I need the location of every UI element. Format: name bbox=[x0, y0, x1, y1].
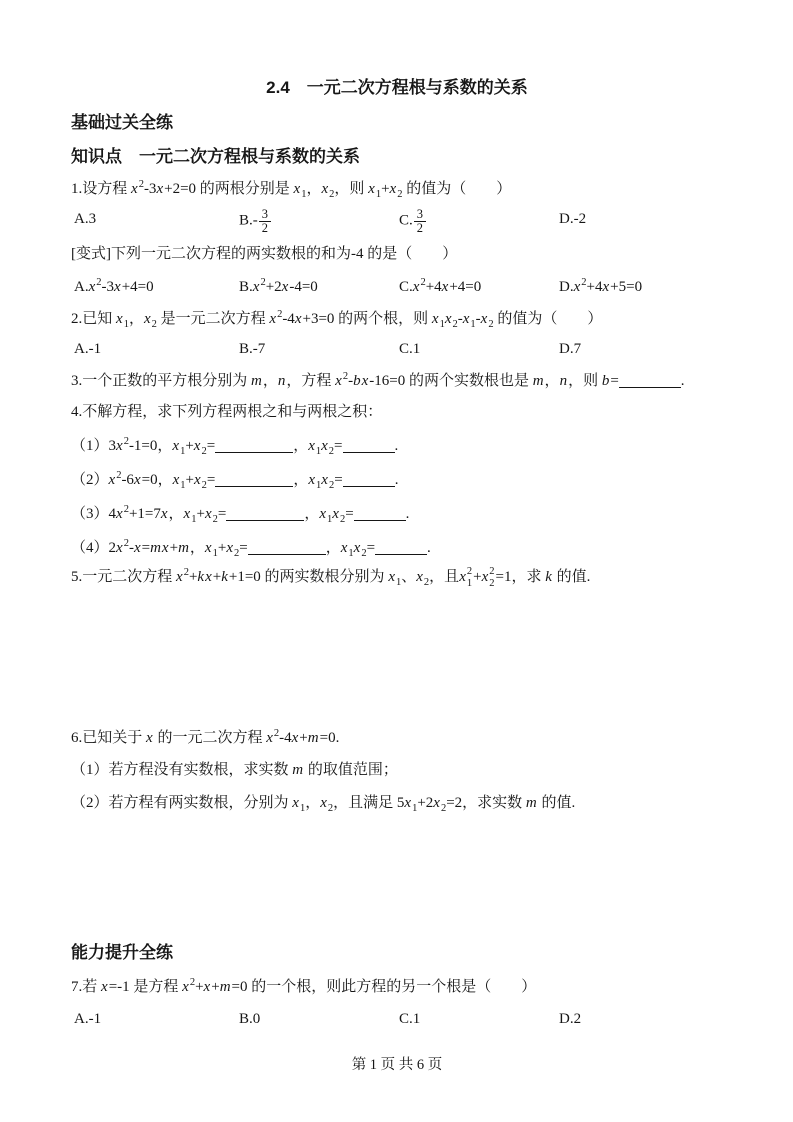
section-heading-advanced: 能力提升全练 bbox=[71, 942, 723, 964]
question-4-item-2: （2）x2-6x=0，x1+x2=，x1x2=. bbox=[71, 469, 723, 491]
section-heading-basic: 基础过关全练 bbox=[71, 112, 723, 134]
question-6-item-2: （2）若方程有两实数根，分别为 x1，x2，且满足 5x1+2x2=2，求实数 … bbox=[71, 792, 723, 814]
question-2-option-a: A.-1 bbox=[74, 338, 239, 360]
question-6-stem: 6.已知关于 x 的一元二次方程 x2-4x+m=0. bbox=[71, 727, 723, 749]
knowledge-point-heading: 知识点 一元二次方程根与系数的关系 bbox=[71, 146, 723, 168]
question-1-variant-stem: [变式]下列一元二次方程的两实数根的和为-4 的是（ ） bbox=[71, 243, 723, 265]
question-4-item-4: （4）2x2-x=mx+m，x1+x2=，x1x2=. bbox=[71, 537, 723, 559]
question-2-option-c: C.1 bbox=[399, 338, 559, 360]
question-7-stem: 7.若 x=-1 是方程 x2+x+m=0 的一个根，则此方程的另一个根是（ ） bbox=[71, 976, 723, 998]
question-1-option-d: D.-2 bbox=[559, 208, 723, 235]
question-4-item-3: （3）4x2+1=7x，x1+x2=，x1x2=. bbox=[71, 503, 723, 525]
question-7-option-b: B.0 bbox=[239, 1008, 399, 1030]
worksheet-title: 2.4 一元二次方程根与系数的关系 bbox=[71, 76, 723, 100]
question-7-options: A.-1 B.0 C.1 D.2 bbox=[71, 1008, 723, 1030]
variant-option-c: C.x2+4x+4=0 bbox=[399, 276, 559, 298]
question-4-stem: 4.不解方程，求下列方程两根之和与两根之积： bbox=[71, 401, 723, 423]
question-1-option-a: A.3 bbox=[74, 208, 239, 235]
question-2-option-b: B.-7 bbox=[239, 338, 399, 360]
question-3-stem: 3.一个正数的平方根分别为 m，n，方程 x2-bx-16=0 的两个实数根也是… bbox=[71, 370, 723, 392]
question-1-stem: 1.设方程 x2-3x+2=0 的两根分别是 x1，x2，则 x1+x2 的值为… bbox=[71, 178, 723, 200]
question-6-item-1: （1）若方程没有实数根，求实数 m 的取值范围； bbox=[71, 759, 723, 781]
variant-option-a: A.x2-3x+4=0 bbox=[74, 276, 239, 298]
question-7-option-d: D.2 bbox=[559, 1008, 723, 1030]
variant-option-d: D.x2+4x+5=0 bbox=[559, 276, 723, 298]
variant-option-b: B.x2+2x-4=0 bbox=[239, 276, 399, 298]
page-footer: 第 1 页 共 6 页 bbox=[71, 1054, 723, 1076]
question-2-options: A.-1 B.-7 C.1 D.7 bbox=[71, 338, 723, 360]
question-2-option-d: D.7 bbox=[559, 338, 723, 360]
question-1-options: A.3 B.-32 C.32 D.-2 bbox=[71, 208, 723, 235]
question-1-option-c: C.32 bbox=[399, 208, 559, 235]
worksheet-page: 2.4 一元二次方程根与系数的关系 基础过关全练 知识点 一元二次方程根与系数的… bbox=[0, 0, 793, 1122]
question-1-variant-options: A.x2-3x+4=0 B.x2+2x-4=0 C.x2+4x+4=0 D.x2… bbox=[71, 276, 723, 298]
question-7-option-c: C.1 bbox=[399, 1008, 559, 1030]
question-4-item-1: （1）3x2-1=0，x1+x2=，x1x2=. bbox=[71, 435, 723, 457]
question-7-option-a: A.-1 bbox=[74, 1008, 239, 1030]
question-1-option-b: B.-32 bbox=[239, 208, 399, 235]
question-2-stem: 2.已知 x1，x2 是一元二次方程 x2-4x+3=0 的两个根，则 x1x2… bbox=[71, 308, 723, 330]
question-5-stem: 5.一元二次方程 x2+kx+k+1=0 的两实数根分别为 x1、x2，且x21… bbox=[71, 566, 723, 589]
